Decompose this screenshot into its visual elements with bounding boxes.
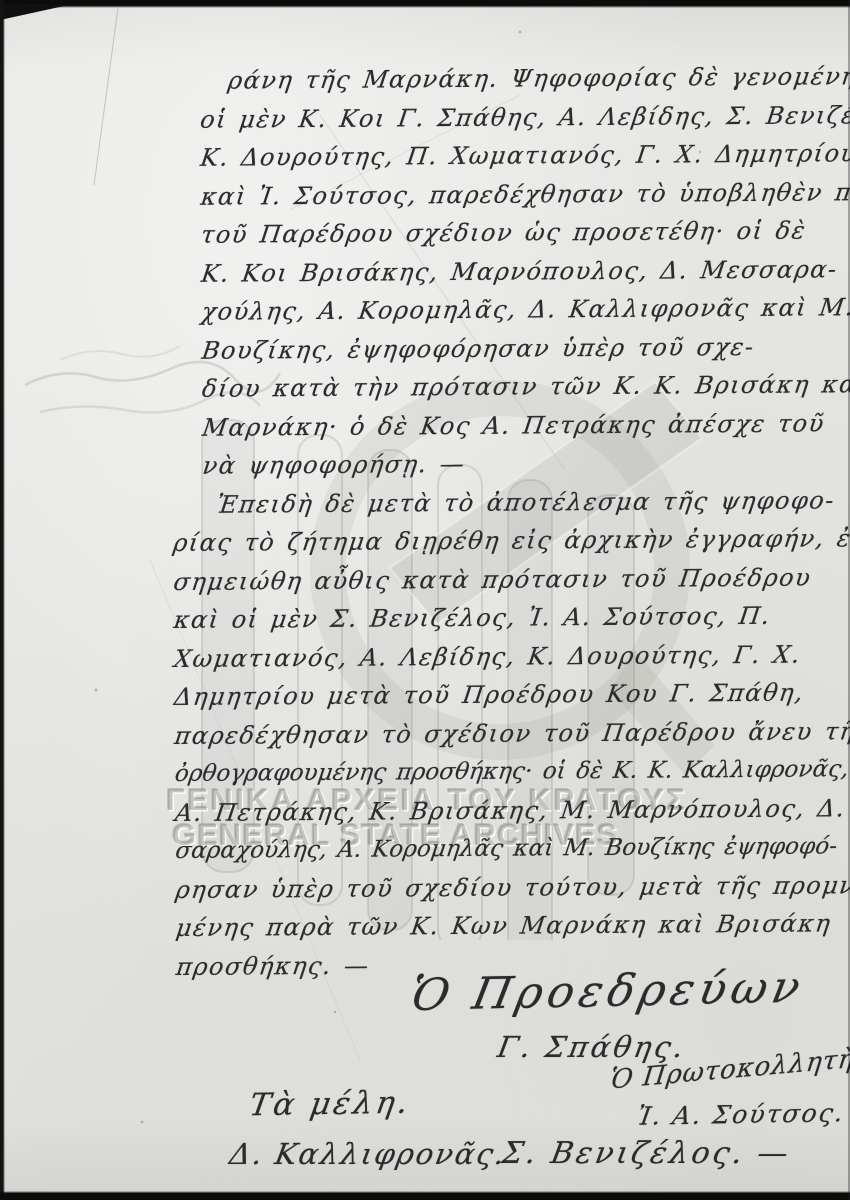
scanned-document-page: ΓΕΝΙΚΑ ΑΡΧΕΙΑ ΤΟΥ ΚΡΑΤΟΥΣ GENERAL STATE … <box>0 0 850 1200</box>
manuscript-body: ράνη τῆς Μαρνάκη. Ψηφοφορίας δὲ γενομένη… <box>170 57 850 986</box>
manuscript-line: Κ. Κοι Βρισάκης, Μαρνόπουλος, Δ. Μεσσαρα… <box>169 250 850 293</box>
presiding-title: Ὁ Προεδρεύων <box>406 962 809 1021</box>
members-label: Τὰ μέλη. <box>247 1085 414 1124</box>
recorder-signature: Ἰ. Α. Σούτσος. <box>635 1098 847 1131</box>
manuscript-line: μένης παρὰ τῶν Κ. Κων Μαρνάκη καὶ Βρισάκ… <box>173 904 850 947</box>
manuscript-line: σημειώθη αὖθις κατὰ πρότασιν τοῦ Προέδρο… <box>171 558 850 601</box>
presiding-signature: Γ. Σπάθης. <box>495 1030 689 1064</box>
manuscript-line: Βουζίκης, ἐψηφοφόρησαν ὑπὲρ τοῦ σχε- <box>169 327 850 370</box>
manuscript-line: ρίας τὸ ζήτημα διῃρέθη εἰς ἀρχικὴν ἐγγρα… <box>171 519 850 562</box>
scan-edge-left <box>0 0 5 1200</box>
manuscript-line: Α. Πετράκης, Κ. Βρισάκης, Μ. Μαρνόπουλος… <box>173 789 850 832</box>
member-signature-1: Δ. Καλλιφρονᾶς. <box>227 1137 509 1171</box>
manuscript-line: ὀρθογραφουμένης προσθήκης· οἱ δὲ Κ. Κ. Κ… <box>172 750 850 793</box>
manuscript-line: νὰ ψηφοφορήσῃ. — <box>170 442 850 485</box>
manuscript-line: Δημητρίου μετὰ τοῦ Προέδρου Κου Γ. Σπάθη… <box>172 673 850 716</box>
manuscript-line: χούλης, Α. Κορομηλᾶς, Δ. Καλλιφρονᾶς καὶ… <box>169 288 850 331</box>
manuscript-line: παρεδέχθησαν τὸ σχέδιον τοῦ Παρέδρου ἄνε… <box>172 712 850 755</box>
manuscript-line: Μαρνάκη· ὁ δὲ Κος Α. Πετράκης ἀπέσχε τοῦ <box>170 404 850 447</box>
manuscript-line: καὶ Ἰ. Σούτσος, παρεδέχθησαν τὸ ὑποβληθὲ… <box>168 173 850 216</box>
manuscript-line: τοῦ Παρέδρου σχέδιον ὡς προσετέθη· οἱ δὲ <box>169 211 850 254</box>
member-signature-2: Σ. Βενιζέλος. — <box>499 1136 794 1171</box>
manuscript-line: σαραχούλης, Α. Κορομηλᾶς καὶ Μ. Βουζίκης… <box>173 827 850 870</box>
manuscript-line: καὶ οἱ μὲν Σ. Βενιζέλος, Ἰ. Α. Σούτσος, … <box>171 596 850 639</box>
scan-edge-top <box>0 0 850 8</box>
manuscript-line: οἱ μὲν Κ. Κοι Γ. Σπάθης, Α. Λεβίδης, Σ. … <box>168 96 850 139</box>
manuscript-line: Κ. Δουρούτης, Π. Χωματιανός, Γ. Χ. Δημητ… <box>168 134 850 177</box>
manuscript-line: Χωματιανός, Α. Λεβίδης, Κ. Δουρούτης, Γ.… <box>172 635 850 678</box>
manuscript-line: ρησαν ὑπὲρ τοῦ σχεδίου τούτου, μετὰ τῆς … <box>173 866 850 909</box>
manuscript-line: Ἐπειδὴ δὲ μετὰ τὸ ἀποτέλεσμα τῆς ψηφοφο- <box>171 481 850 524</box>
manuscript-line: δίου κατὰ τὴν πρότασιν τῶν Κ. Κ. Βρισάκη… <box>170 365 850 408</box>
scan-edge-bottom <box>0 1191 850 1200</box>
scan-edge-top-left-corner <box>0 6 64 20</box>
manuscript-line: ράνη τῆς Μαρνάκη. Ψηφοφορίας δὲ γενομένη… <box>168 57 850 100</box>
